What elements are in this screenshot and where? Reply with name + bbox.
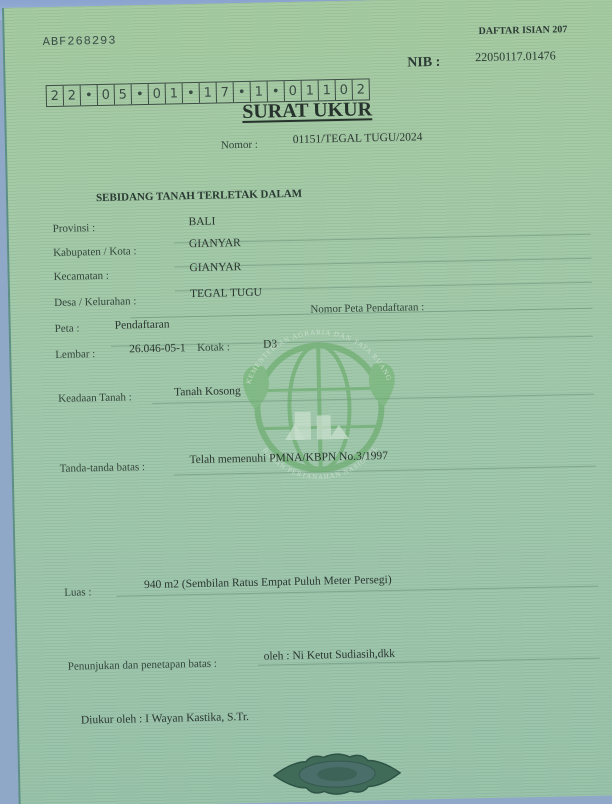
code-box: 0 xyxy=(98,85,115,105)
nomor-label: Nomor : xyxy=(221,139,258,152)
security-seal-ornament xyxy=(272,750,403,799)
nib-value: 22050117.01476 xyxy=(475,48,556,65)
desa-label: Desa / Kelurahan : xyxy=(54,295,136,309)
provinsi-value: BALI xyxy=(188,216,215,229)
kabupaten-value: GIANYAR xyxy=(189,237,241,250)
code-box: 1 xyxy=(200,83,217,103)
penunjukan-label: Penunjukan dan penetapan batas : xyxy=(68,658,217,673)
provinsi-label: Provinsi : xyxy=(53,222,96,235)
code-box: • xyxy=(268,81,285,101)
code-box: 0 xyxy=(285,81,302,101)
code-box: 7 xyxy=(217,82,234,102)
code-box: 1 xyxy=(166,83,183,103)
diukur-label: Diukur oleh : xyxy=(81,713,143,726)
code-box: 1 xyxy=(319,80,336,100)
kecamatan-value: GIANYAR xyxy=(189,261,241,274)
peta-value: Pendaftaran xyxy=(115,319,170,332)
nomor-peta-label: Nomor Peta Pendaftaran : xyxy=(310,301,424,315)
peta-label: Peta : xyxy=(55,322,80,335)
code-box: • xyxy=(183,83,200,103)
desa-value: TEGAL TUGU xyxy=(190,287,262,301)
document-title: SURAT UKUR xyxy=(242,98,372,124)
tanda-batas-label: Tanda-tanda batas : xyxy=(60,461,146,475)
code-box: 1 xyxy=(302,80,319,100)
kabupaten-label: Kabupaten / Kota : xyxy=(53,245,137,259)
code-box: 5 xyxy=(115,84,132,104)
section-heading: SEBIDANG TANAH TERLETAK DALAM xyxy=(96,188,302,204)
lembar-label: Lembar : xyxy=(55,348,95,361)
luas-label: Luas : xyxy=(64,586,91,599)
serial-number: ABF268293 xyxy=(43,34,117,50)
kecamatan-label: Kecamatan : xyxy=(54,270,110,283)
nib-label: NIB : xyxy=(407,55,440,72)
diukur-oleh: Diukur oleh : I Wayan Kastika, S.Tr. xyxy=(81,711,249,727)
code-box: 1 xyxy=(251,81,268,101)
form-label: DAFTAR ISIAN 207 xyxy=(478,24,567,37)
code-box: • xyxy=(132,84,149,104)
lembar-value: 26.046-05-1 xyxy=(129,342,186,355)
diukur-value: I Wayan Kastika, S.Tr. xyxy=(145,711,249,725)
code-box: 2 xyxy=(47,86,64,106)
penunjukan-value: oleh : Ni Ketut Sudiasih,dkk xyxy=(264,648,396,663)
code-box: 2 xyxy=(353,79,369,99)
code-box: • xyxy=(81,85,98,105)
code-box: 0 xyxy=(336,80,353,100)
code-box: 2 xyxy=(64,85,81,105)
code-box: 0 xyxy=(149,84,166,104)
surat-ukur-document: ABF268293 DAFTAR ISIAN 207 NIB : 2205011… xyxy=(2,0,612,804)
code-box: • xyxy=(234,82,251,102)
keadaan-tanah-label: Keadaan Tanah : xyxy=(58,391,132,405)
nomor-value: 01151/TEGAL TUGU/2024 xyxy=(293,131,423,146)
luas-value: 940 m2 (Sembilan Ratus Empat Puluh Meter… xyxy=(144,574,392,591)
